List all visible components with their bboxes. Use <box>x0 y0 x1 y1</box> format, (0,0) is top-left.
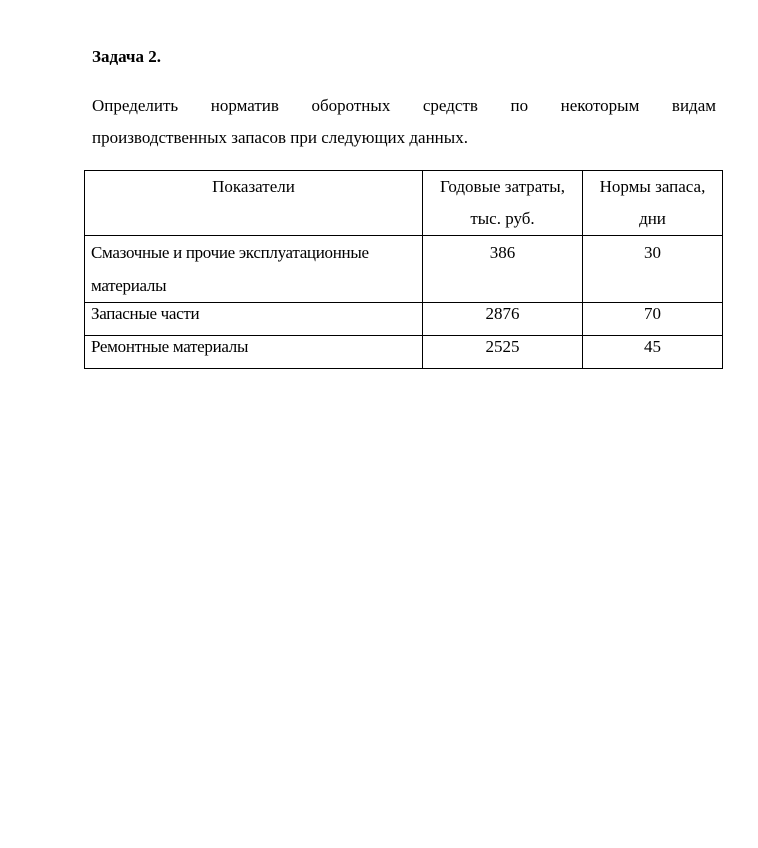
row-days: 70 <box>583 303 723 336</box>
row-label: Ремонтные материалы <box>85 336 423 369</box>
task-title: Задача 2. <box>92 46 161 68</box>
task-description: Определить норматив оборотных средств по… <box>92 90 716 154</box>
row-cost: 2525 <box>423 336 583 369</box>
table-row: Ремонтные материалы 2525 45 <box>85 336 723 369</box>
row-label: Смазочные и прочие эксплуатационные мате… <box>85 236 423 303</box>
table-row: Смазочные и прочие эксплуатационные мате… <box>85 236 723 303</box>
row-cost: 2876 <box>423 303 583 336</box>
row-days: 45 <box>583 336 723 369</box>
row-days: 30 <box>583 236 723 303</box>
header-stock-norm: Нормы запаса, дни <box>583 171 723 236</box>
row-label: Запасные части <box>85 303 423 336</box>
table-row: Запасные части 2876 70 <box>85 303 723 336</box>
data-table: Показатели Годовые затраты, тыс. руб. Но… <box>84 170 723 369</box>
row-cost: 386 <box>423 236 583 303</box>
header-indicators: Показатели <box>85 171 423 236</box>
task-description-line-1: Определить норматив оборотных средств по… <box>92 90 716 122</box>
task-description-line-2: производственных запасов при следующих д… <box>92 122 716 154</box>
table-header-row: Показатели Годовые затраты, тыс. руб. Но… <box>85 171 723 236</box>
header-annual-cost: Годовые затраты, тыс. руб. <box>423 171 583 236</box>
